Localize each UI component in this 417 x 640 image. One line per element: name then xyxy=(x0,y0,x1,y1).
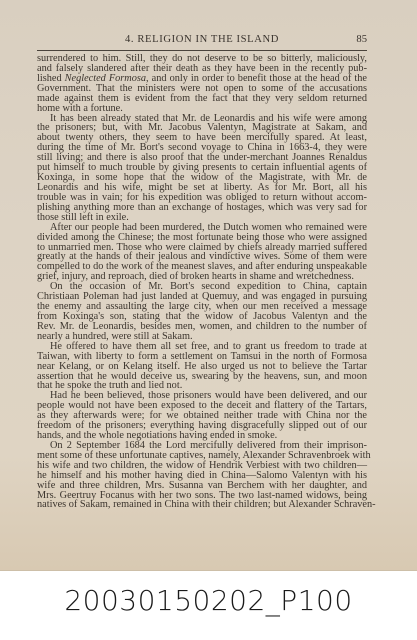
scanned-book-page: 4. RELIGION IN THE ISLAND 85 surrendered… xyxy=(0,0,417,571)
body-text: surrendered to him. Still, they do not d… xyxy=(37,54,367,510)
text-line: natives of Sakam, remained in China with… xyxy=(37,500,367,510)
header-rule xyxy=(37,50,367,51)
text-line: near Kelang, or on Kelang itself. He als… xyxy=(37,362,367,372)
page-header: 4. RELIGION IN THE ISLAND 85 xyxy=(37,34,367,48)
page-number: 85 xyxy=(356,34,367,45)
image-caption: 20030150202_P100 xyxy=(0,584,417,617)
running-head: 4. RELIGION IN THE ISLAND xyxy=(37,34,367,45)
